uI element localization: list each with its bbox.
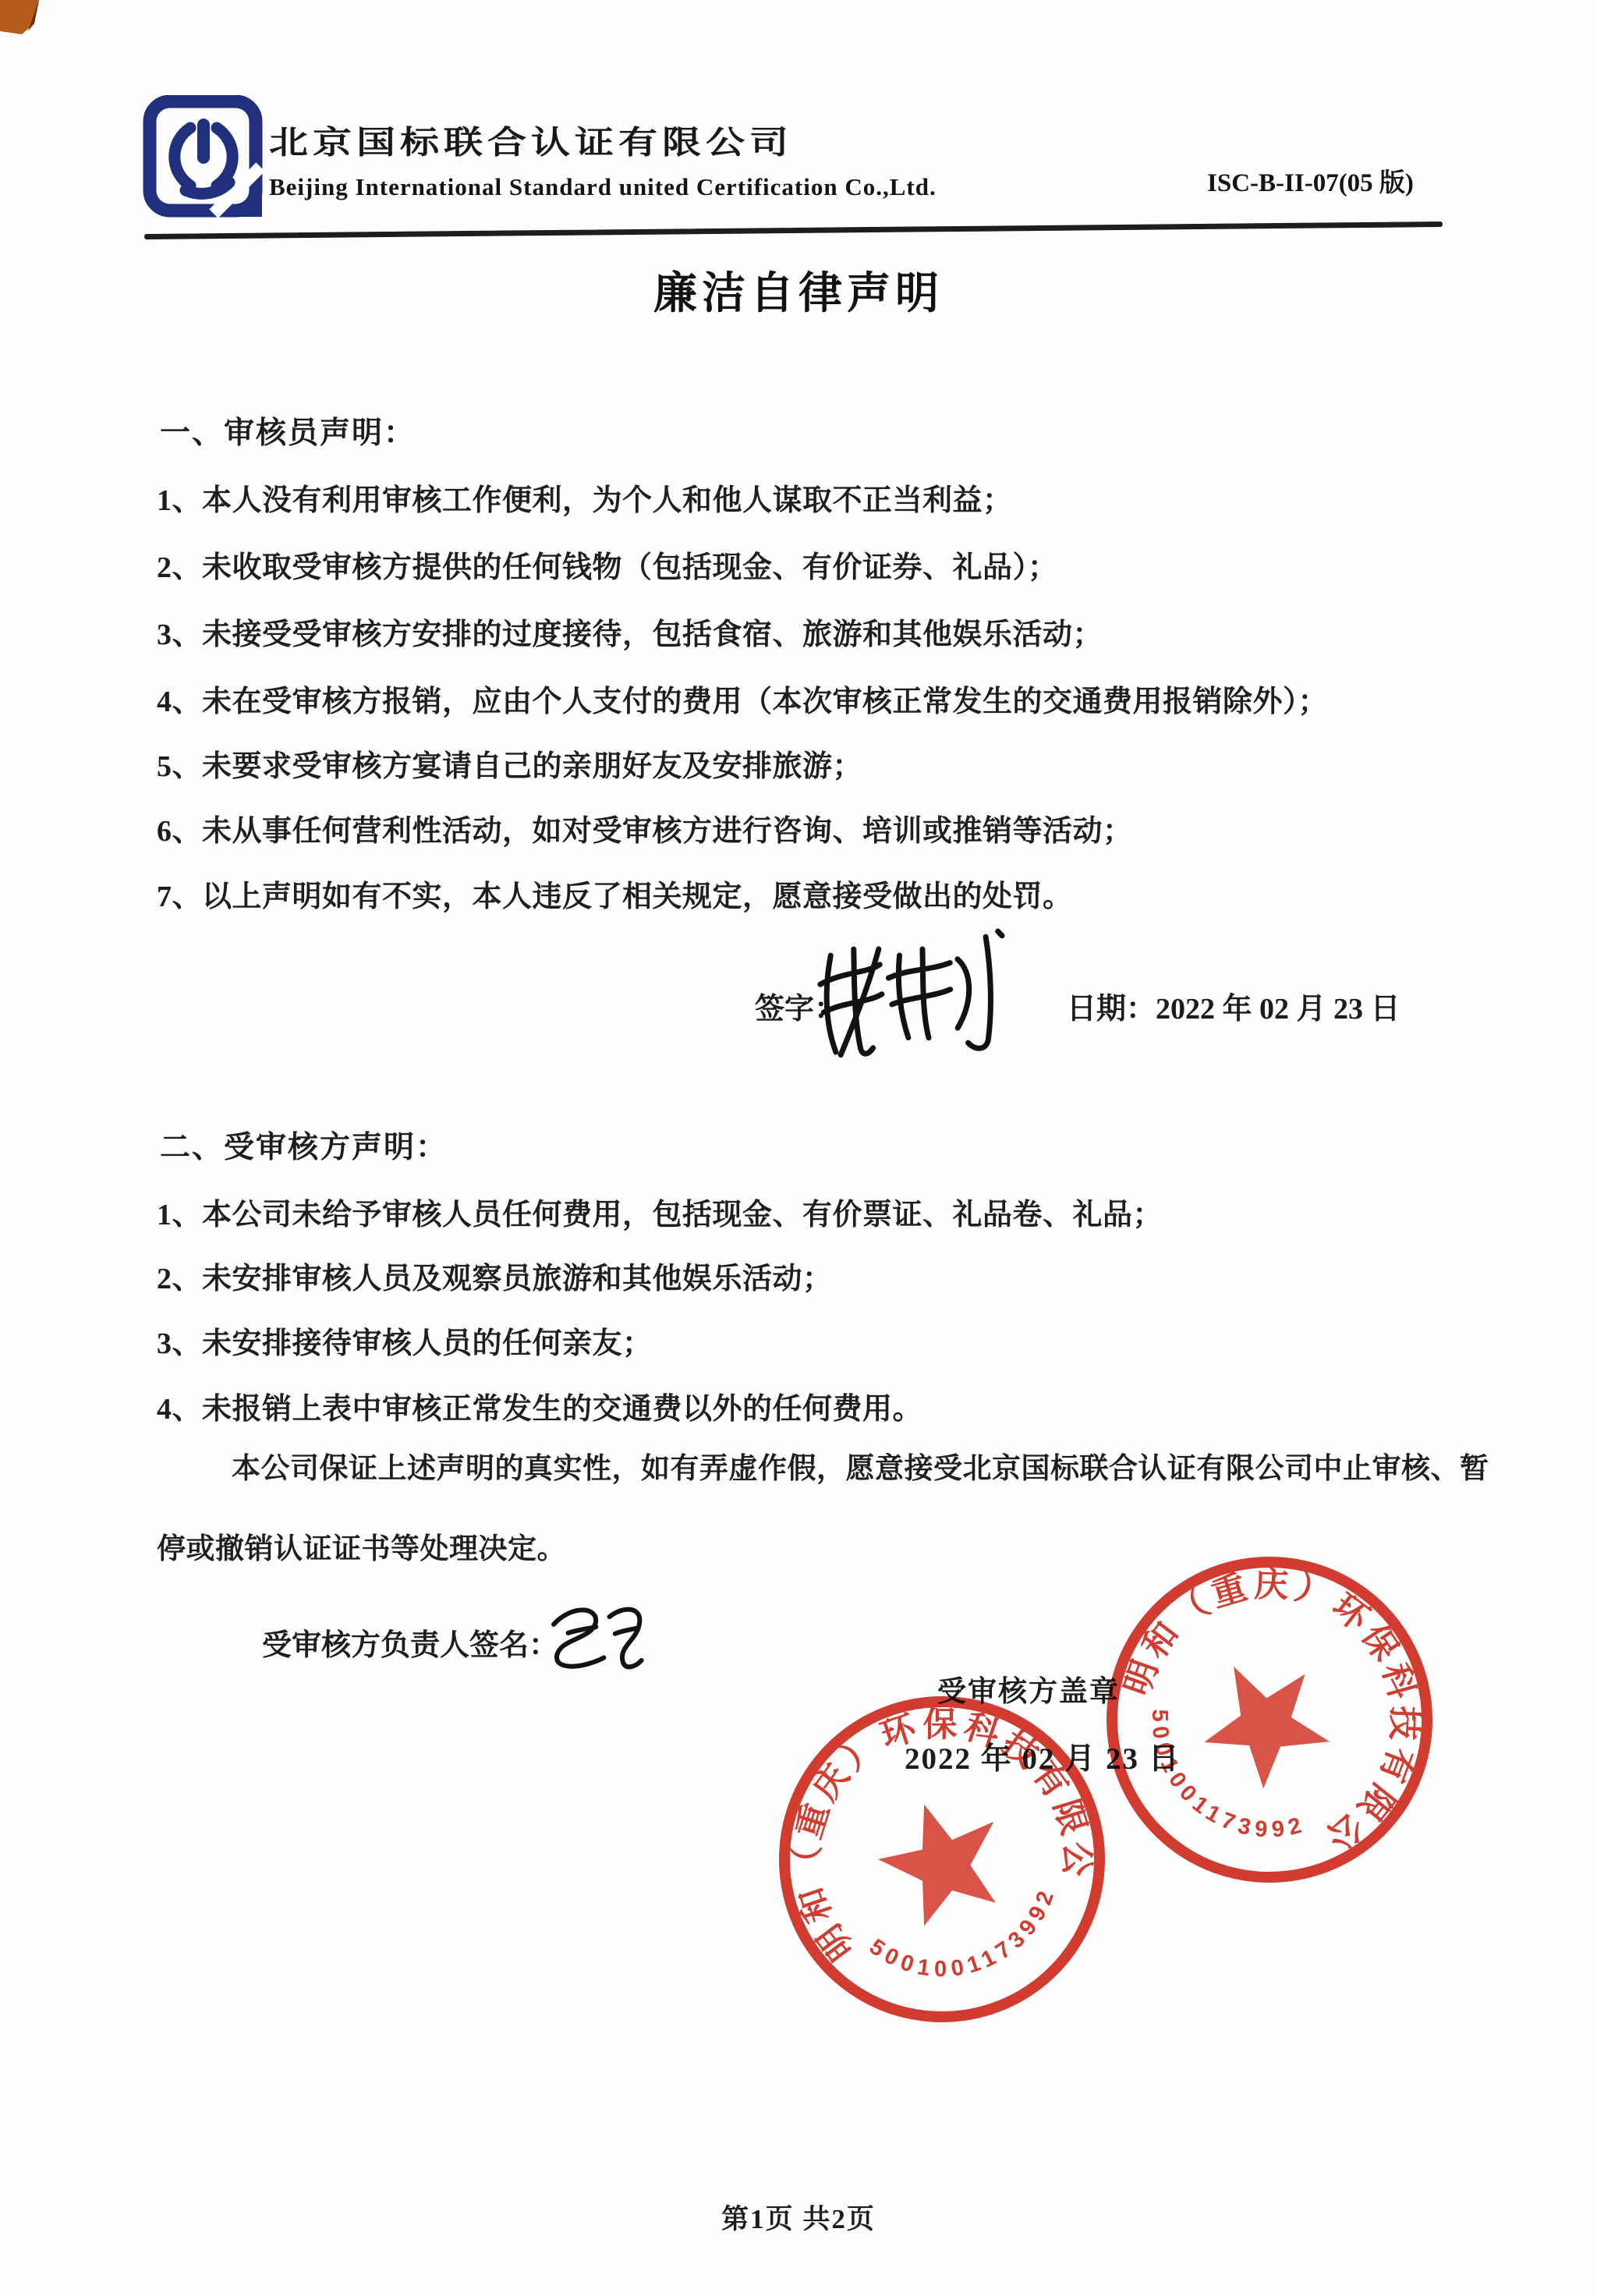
- scanned-document-page: 北京国标联合认证有限公司 Beijing International Stand…: [0, 0, 1597, 2296]
- seal-star-icon: [866, 1786, 1018, 1933]
- section2-item: 1、本公司未给予审核人员任何费用，包括现金、有价票证、礼品卷、礼品；: [157, 1190, 1163, 1233]
- company-name-en: Beijing International Standard united Ce…: [269, 173, 937, 201]
- auditor-handwritten-signature: [802, 921, 1022, 1068]
- auditor-date-value: 2022 年 02 月 23 日: [1156, 993, 1400, 1026]
- section1-item: 7、以上声明如有不实，本人违反了相关规定，愿意接受做出的处罚。: [157, 872, 1073, 915]
- auditor-date-label: 日期：: [1067, 993, 1156, 1026]
- header-divider: [144, 221, 1443, 239]
- auditee-handwritten-signature: [532, 1588, 661, 1688]
- page-number-footer: 第1页 共2页: [721, 2198, 876, 2237]
- section1-item: 5、未要求受审核方宴请自己的亲朋好友及安排旅游；: [157, 742, 862, 785]
- certification-logo-icon: [142, 95, 267, 229]
- section1-item: 1、本人没有利用审核工作便利，为个人和他人谋取不正当利益；: [157, 476, 1013, 519]
- auditor-date-line: 日期：2022 年 02 月 23 日: [1067, 984, 1400, 1027]
- section1-item: 3、未接受受审核方安排的过度接待，包括食宿、旅游和其他娱乐活动；: [157, 610, 1103, 653]
- document-code: ISC-B-II-07(05 版): [1207, 162, 1414, 199]
- auditee-signer-label: 受审核方负责人签名：: [262, 1621, 558, 1664]
- seal-star-icon: [1186, 1637, 1353, 1803]
- section1-item: 2、未收取受审核方提供的任何钱物（包括现金、有价证券、礼品）；: [157, 543, 1058, 586]
- section1-item: 6、未从事任何营利性活动，如对受审核方进行咨询、培训或推销等活动；: [157, 806, 1133, 849]
- page-corner-tab: [0, 0, 55, 47]
- document-title: 廉洁自律声明: [653, 259, 944, 321]
- section1-item: 4、未在受审核方报销，应由个人支付的费用（本次审核正常发生的交通费用报销除外）；: [157, 677, 1328, 720]
- seal-company-name: 臻明和（重庆）环保科技有限公司: [726, 1643, 1110, 1983]
- seal-registration-number: 5001001173992: [860, 1877, 1078, 2008]
- svg-text:臻明和（重庆）环保科技有限公司: 臻明和（重庆）环保科技有限公司: [726, 1643, 1110, 1983]
- section2-item: 2、未安排审核人员及观察员旅游和其他娱乐活动；: [157, 1254, 833, 1297]
- pledge-line-1: 本公司保证上述声明的真实性，如有弄虚作假，愿意接受北京国标联合认证有限公司中止审…: [232, 1444, 1489, 1486]
- pledge-line-2: 停或撤销认证证书等处理决定。: [157, 1525, 566, 1567]
- section2-item: 4、未报销上表中审核正常发生的交通费以外的任何费用。: [157, 1384, 922, 1427]
- svg-text:5001001173992: 5001001173992: [860, 1877, 1078, 2008]
- section2-heading: 二、受审核方声明：: [160, 1123, 448, 1167]
- section2-item: 3、未安排接待审核人员的任何亲友；: [157, 1319, 653, 1362]
- section1-heading: 一、审核员声明：: [160, 409, 416, 452]
- company-name-cn: 北京国标联合认证有限公司: [269, 117, 793, 163]
